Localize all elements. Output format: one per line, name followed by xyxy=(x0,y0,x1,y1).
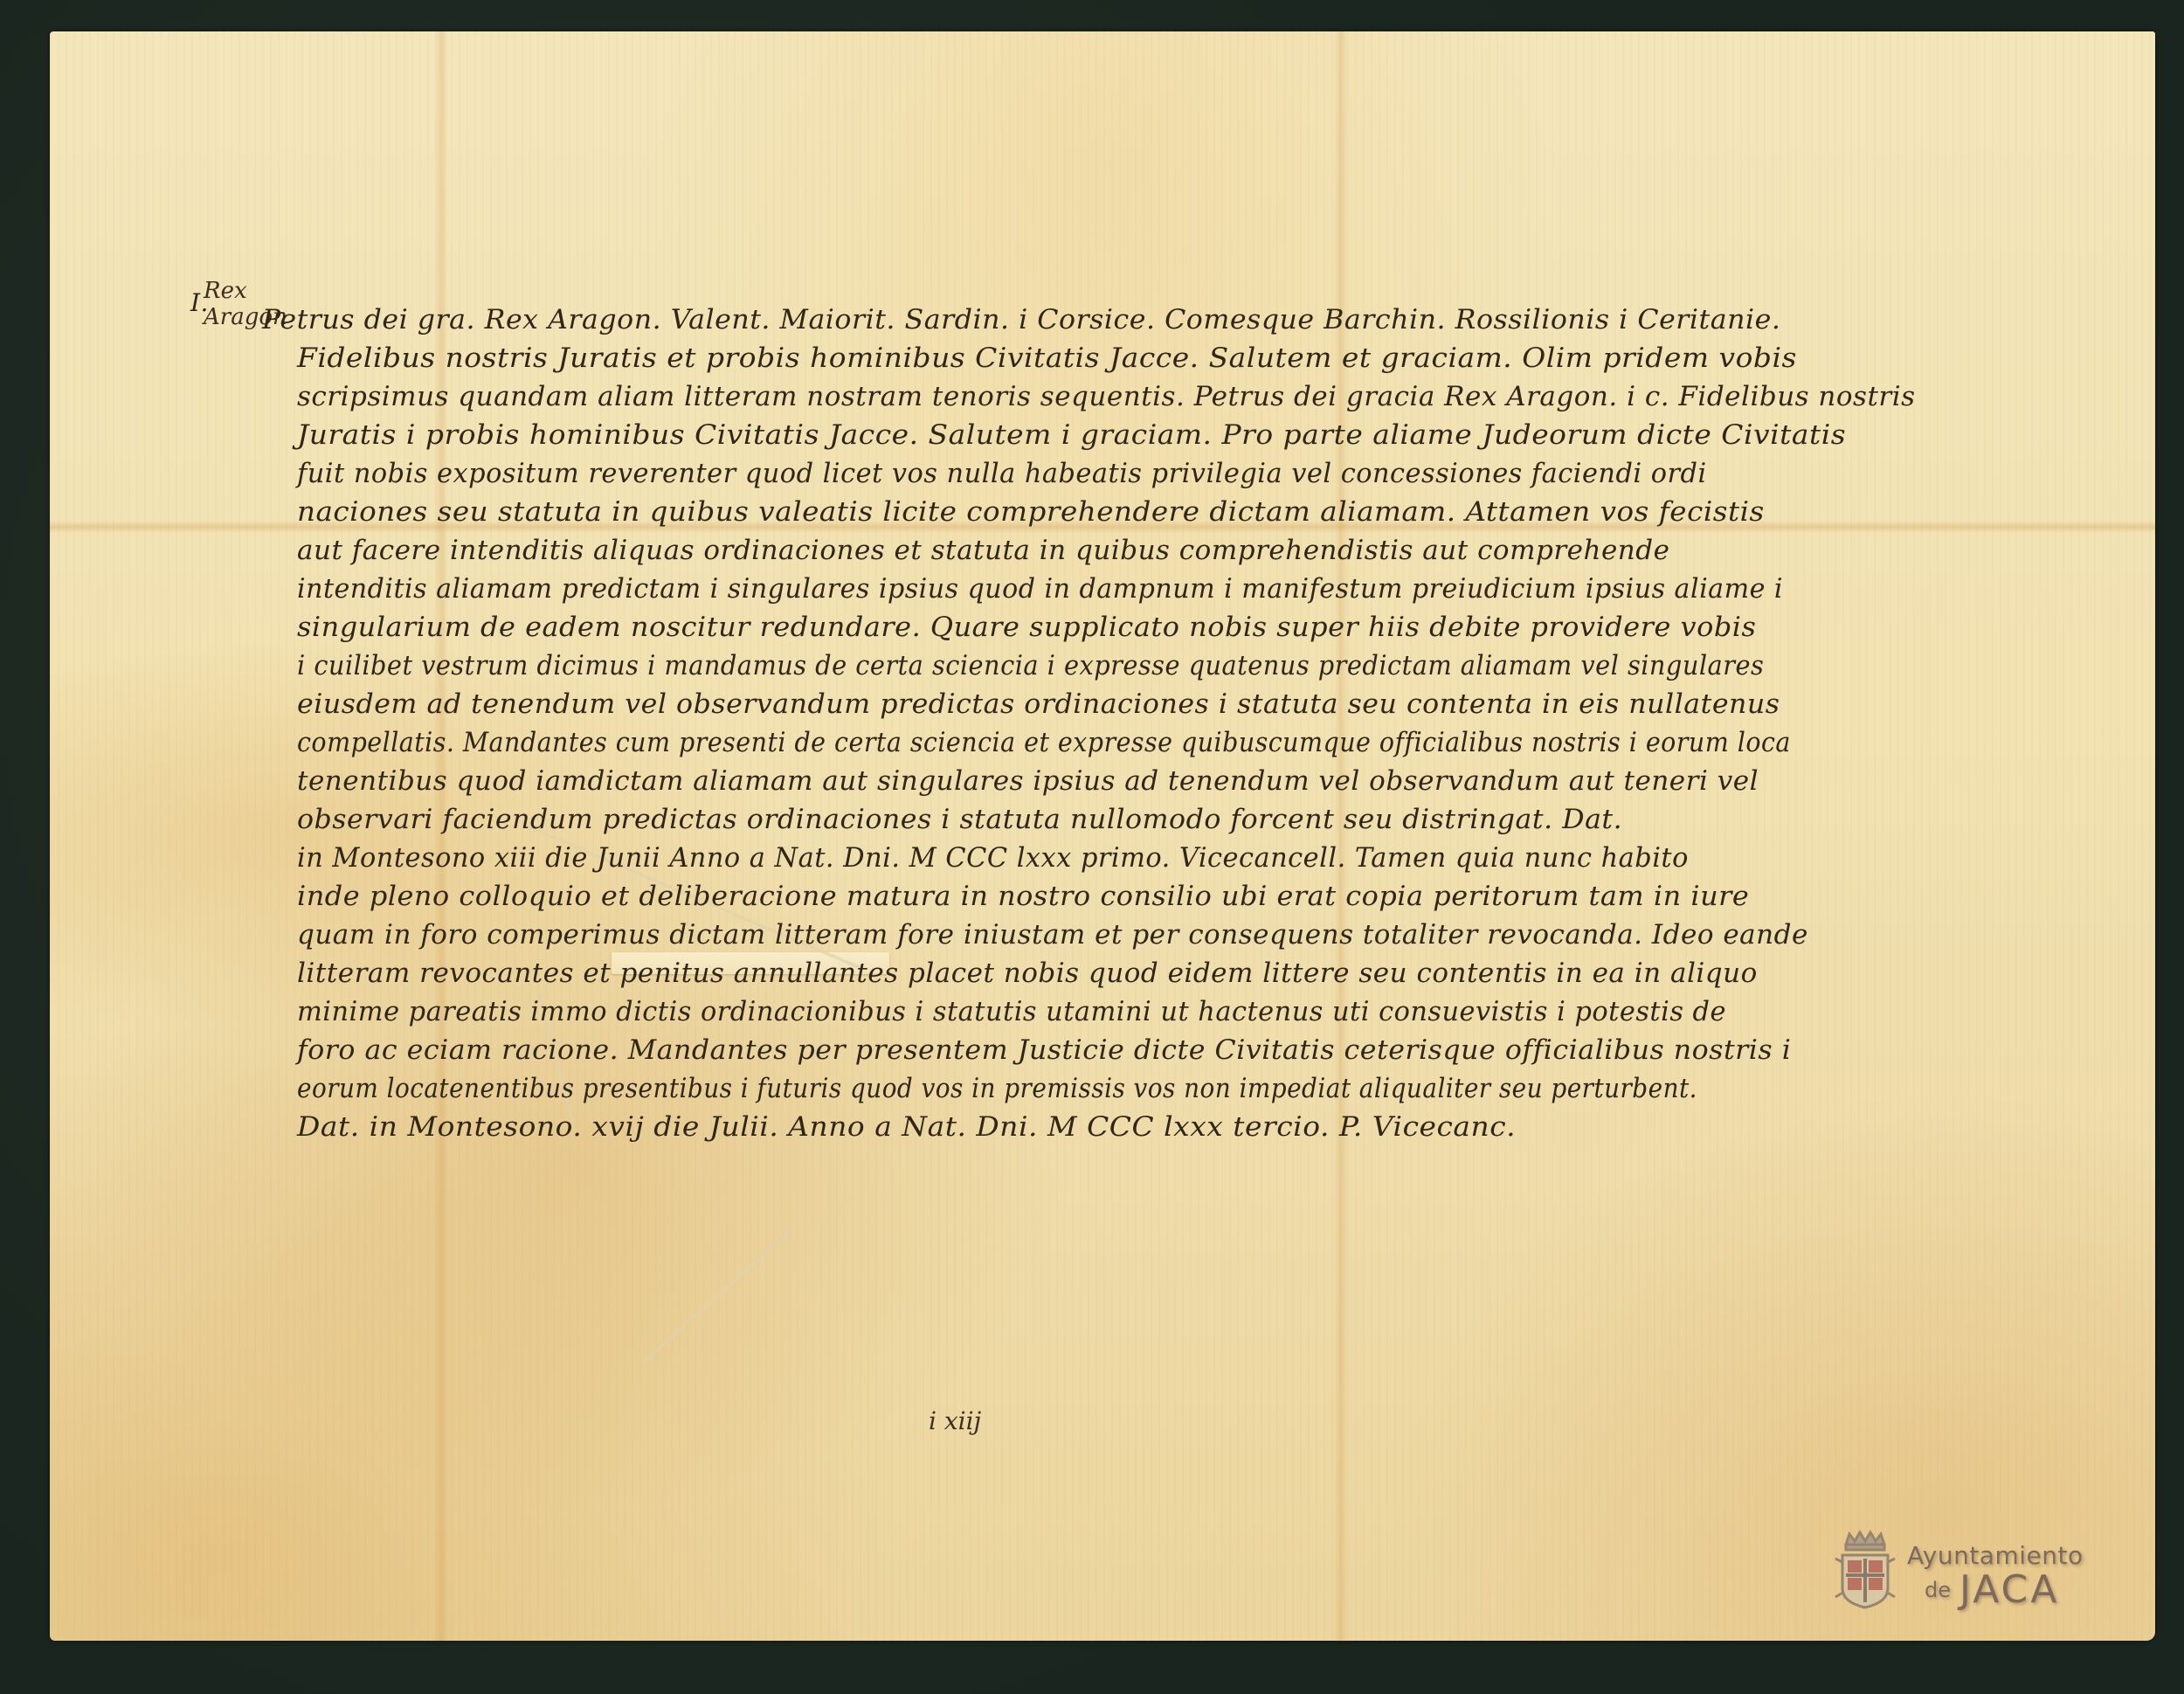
text-line-2: Fidelibus nostris Juratis et probis homi… xyxy=(297,342,1797,374)
text-line-10: i cuilibet vestrum dicimus i mandamus de… xyxy=(297,650,1764,681)
folio-mark: i xiij xyxy=(929,1407,981,1435)
text-line-21: eorum locatenentibus presentibus i futur… xyxy=(297,1073,1697,1104)
text-line-8: intenditis aliamam predictam i singulare… xyxy=(297,573,1783,605)
text-line-5: fuit nobis expositum reverenter quod lic… xyxy=(297,458,1707,489)
text-line-12: compellatis. Mandantes cum presenti de c… xyxy=(297,727,1791,758)
text-line-16: inde pleno colloquio et deliberacione ma… xyxy=(297,881,1749,912)
watermark-jaca: JACA xyxy=(1959,1567,2059,1612)
margin-mark: I. xyxy=(190,288,209,317)
text-line-13: tenentibus quod iamdictam aliamam aut si… xyxy=(297,765,1759,797)
vertical-fold-crease-left xyxy=(434,31,448,1641)
watermark-line-de-jaca: deJACA xyxy=(1925,1567,2059,1612)
text-line-19: minime pareatis immo dictis ordinacionib… xyxy=(297,996,1726,1027)
text-line-20: foro ac eciam racione. Mandantes per pre… xyxy=(297,1034,1791,1066)
text-line-22: Dat. in Montesono. xvij die Julii. Anno … xyxy=(297,1111,1516,1143)
text-line-6: naciones seu statuta in quibus valeatis … xyxy=(297,496,1765,528)
text-line-15: in Montesono xiii die Junii Anno a Nat. … xyxy=(297,842,1689,874)
text-line-17: quam in foro comperimus dictam litteram … xyxy=(297,919,1808,951)
watermark-de: de xyxy=(1925,1578,1951,1602)
text-line-3: scripsimus quandam aliam litteram nostra… xyxy=(297,381,1916,412)
text-line-1: Petrus dei gra. Rex Aragon. Valent. Maio… xyxy=(262,304,1780,335)
watermark-line-ayuntamiento: Ayuntamiento xyxy=(1907,1541,2084,1570)
text-line-9: singularium de eadem noscitur redundare.… xyxy=(297,612,1756,643)
text-line-7: aut facere intenditis aliquas ordinacion… xyxy=(297,535,1669,566)
text-line-18: litteram revocantes et penitus annullant… xyxy=(297,958,1758,989)
text-line-14: observari faciendum predictas ordinacion… xyxy=(297,804,1622,835)
vertical-fold-crease-right xyxy=(1334,31,1348,1641)
parchment-sheet xyxy=(50,31,2155,1641)
text-line-11: eiusdem ad tenendum vel observandum pred… xyxy=(297,688,1780,720)
crest-icon xyxy=(1830,1527,1900,1614)
ayuntamiento-jaca-watermark: Ayuntamiento deJACA xyxy=(1830,1527,2092,1614)
diagonal-crease-3 xyxy=(642,1226,795,1364)
text-line-4: Juratis i probis hominibus Civitatis Jac… xyxy=(297,419,1846,451)
